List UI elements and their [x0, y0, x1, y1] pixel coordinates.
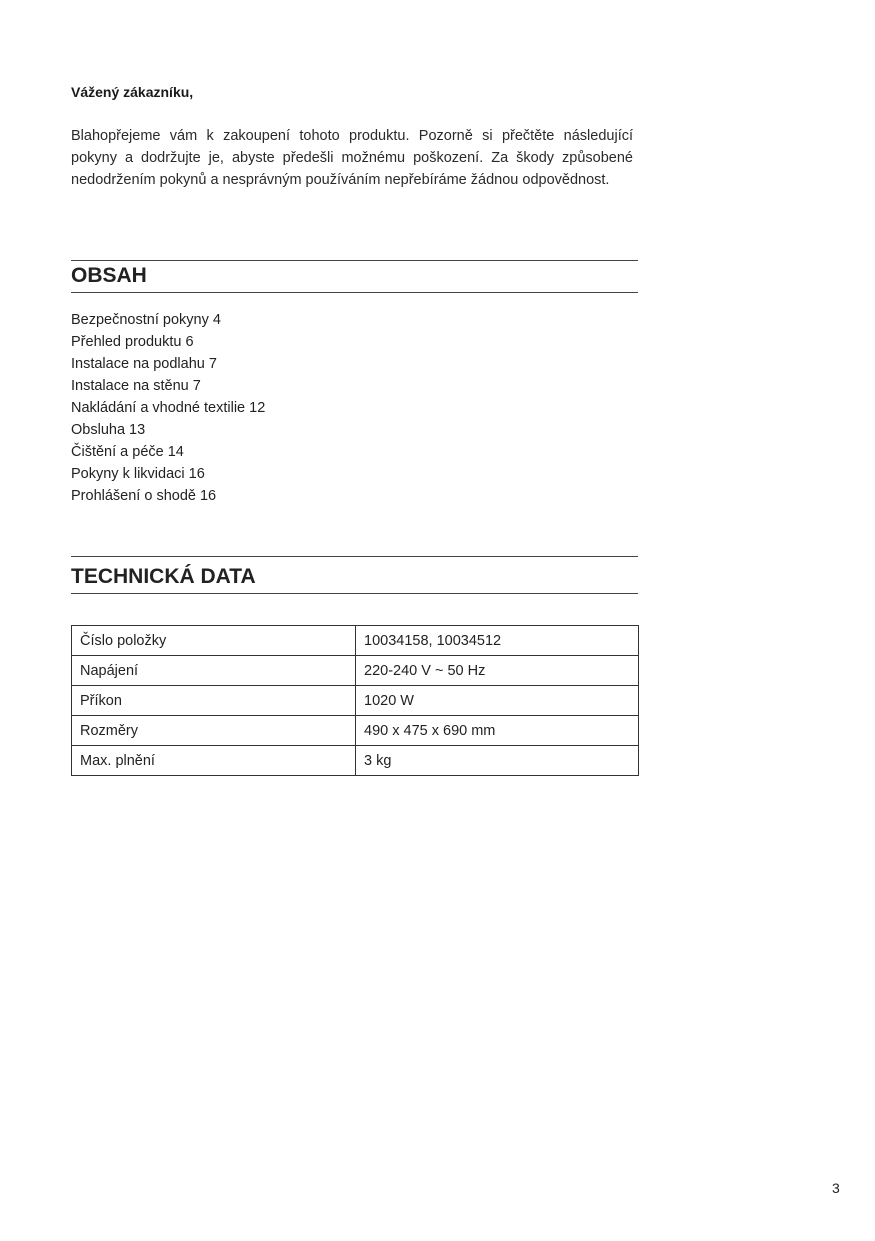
spec-value: 490 x 475 x 690 mm: [356, 716, 639, 746]
toc-item: Obsluha 13: [71, 419, 265, 441]
table-row: Rozměry 490 x 475 x 690 mm: [72, 716, 639, 746]
greeting: Vážený zákazníku,: [71, 84, 193, 100]
spec-label: Příkon: [72, 686, 356, 716]
toc-item: Nakládání a vhodné textilie 12: [71, 397, 265, 419]
spec-value: 3 kg: [356, 746, 639, 776]
table-of-contents: Bezpečnostní pokyny 4 Přehled produktu 6…: [71, 309, 265, 507]
spec-value: 1020 W: [356, 686, 639, 716]
spec-value: 10034158, 10034512: [356, 626, 639, 656]
spec-label: Rozměry: [72, 716, 356, 746]
technical-data-table: Číslo položky 10034158, 10034512 Napájen…: [71, 625, 639, 776]
spec-label: Max. plnění: [72, 746, 356, 776]
table-row: Příkon 1020 W: [72, 686, 639, 716]
table-row: Max. plnění 3 kg: [72, 746, 639, 776]
technical-data-title: TECHNICKÁ DATA: [71, 565, 256, 589]
spec-label: Napájení: [72, 656, 356, 686]
toc-item: Bezpečnostní pokyny 4: [71, 309, 265, 331]
toc-item: Čištění a péče 14: [71, 441, 265, 463]
spec-value: 220-240 V ~ 50 Hz: [356, 656, 639, 686]
toc-item: Pokyny k likvidaci 16: [71, 463, 265, 485]
table-row: Napájení 220-240 V ~ 50 Hz: [72, 656, 639, 686]
intro-paragraph: Blahopřejeme vám k zakoupení tohoto prod…: [71, 125, 633, 191]
toc-item: Přehled produktu 6: [71, 331, 265, 353]
toc-item: Instalace na stěnu 7: [71, 375, 265, 397]
table-row: Číslo položky 10034158, 10034512: [72, 626, 639, 656]
contents-title: OBSAH: [71, 264, 147, 288]
section-rule-top: [71, 260, 638, 261]
toc-item: Prohlášení o shodě 16: [71, 485, 265, 507]
section-rule-top: [71, 556, 638, 557]
toc-item: Instalace na podlahu 7: [71, 353, 265, 375]
spec-label: Číslo položky: [72, 626, 356, 656]
page-number: 3: [832, 1180, 840, 1196]
section-rule-bottom: [71, 292, 638, 293]
section-rule-bottom: [71, 593, 638, 594]
